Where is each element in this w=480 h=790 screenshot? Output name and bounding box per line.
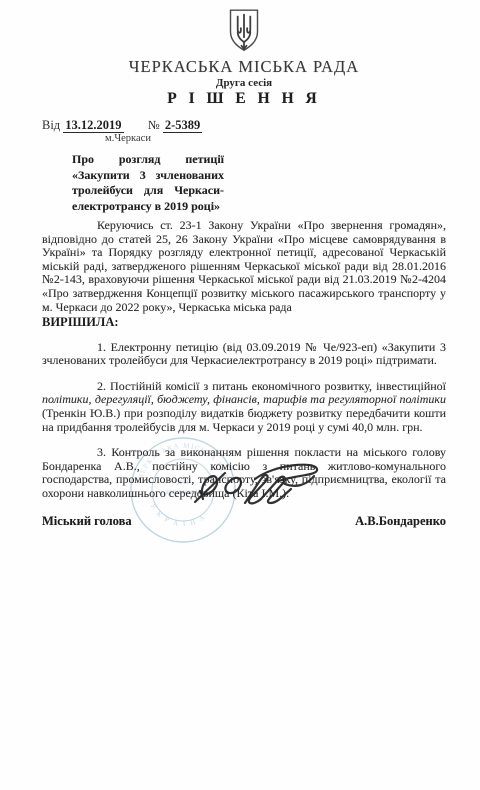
subject-line: тролейбуси для Черкаси- <box>72 183 224 199</box>
doc-type-title: Р І Ш Е Н Н Я <box>42 90 446 108</box>
subject-line: електротрансу в 2019 році» <box>72 199 224 215</box>
date-number-line: Від 13.12.2019 № 2-5389 <box>42 118 446 133</box>
tryzub-icon <box>226 8 262 52</box>
subject-line: Про розгляд петиції <box>72 152 224 168</box>
resolution-item-2: 2. Постійній комісії з питань економічно… <box>42 380 446 434</box>
date-label: Від <box>42 118 60 132</box>
document-page: ЧЕРКАСЬКА МІСЬКА РАДА У К Р А Ї Н А для … <box>0 0 480 790</box>
handwritten-signature <box>193 459 325 511</box>
number-label: № <box>148 118 160 132</box>
resolved-label: ВИРІШИЛА: <box>42 315 446 329</box>
doc-date: 13.12.2019 <box>63 118 123 133</box>
resolution-item-1: 1. Електронну петицію (від 03.09.2019 № … <box>42 341 446 368</box>
item-2-italic-text: політики, дерегуляції, бюджету, фінансів… <box>42 392 446 406</box>
signature-row: Міський голова А.В.Бондаренко <box>42 514 446 529</box>
doc-number: 2-5389 <box>163 118 202 133</box>
preamble-paragraph: Керуючись ст. 23-1 Закону України «Про з… <box>42 219 446 314</box>
document-content: ЧЕРКАСЬКА МІСЬКА РАДА Друга сесія Р І Ш … <box>0 0 480 529</box>
city-label: м.Черкаси <box>68 133 188 145</box>
subject-line: «Закупити 3 зчленованих <box>72 168 224 184</box>
signer-name: А.В.Бондаренко <box>355 514 446 529</box>
org-name: ЧЕРКАСЬКА МІСЬКА РАДА <box>42 58 446 76</box>
header-crest <box>42 8 446 57</box>
subject-block: Про розгляд петиції «Закупити 3 зчленова… <box>72 152 224 214</box>
item-2-text: (Тренкін Ю.В.) при розподілу видатків бю… <box>42 406 446 434</box>
item-2-text: 2. Постійній комісії з питань економічно… <box>97 379 446 393</box>
session-title: Друга сесія <box>42 76 446 90</box>
signer-title: Міський голова <box>42 514 132 529</box>
